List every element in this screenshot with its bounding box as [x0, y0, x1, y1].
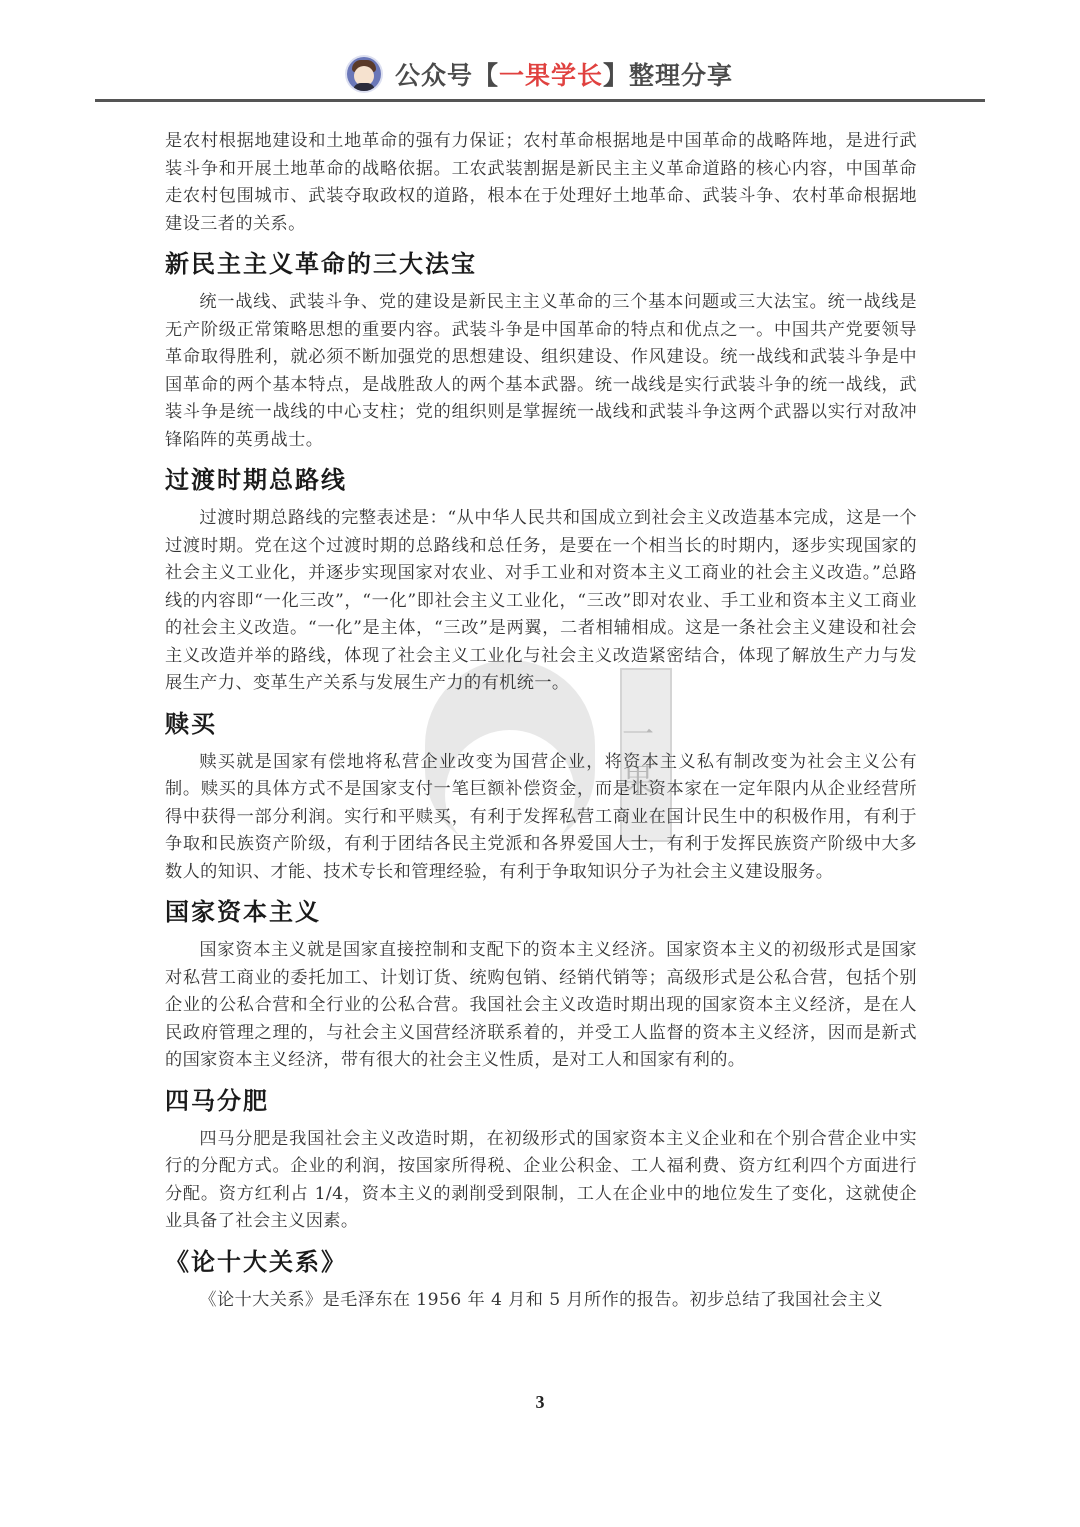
section-heading-redemption: 赎买: [165, 707, 917, 741]
section-heading-four-horse-split: 四马分肥: [165, 1084, 917, 1118]
page-header: 公众号【一果学长】整理分享: [0, 48, 1080, 100]
section-paragraph-three-magic-weapons: 统一战线、武装斗争、党的建设是新民主主义革命的三个基本问题或三大法宝。统一战线是…: [165, 289, 917, 454]
section-heading-state-capitalism: 国家资本主义: [165, 895, 917, 929]
section-paragraph-transition-general-line: 过渡时期总路线的完整表述是：“从中华人民共和国成立到社会主义改造基本完成，这是一…: [165, 505, 917, 698]
section-paragraph-four-horse-split: 四马分肥是我国社会主义改造时期，在初级形式的国家资本主义企业和在个别合营企业中实…: [165, 1126, 917, 1236]
section-paragraph-state-capitalism: 国家资本主义就是国家直接控制和支配下的资本主义经济。国家资本主义的初级形式是国家…: [165, 937, 917, 1075]
page-number: 3: [0, 1392, 1080, 1413]
document-body: 是农村根据地建设和土地革命的强有力保证；农村革命根据地是中国革命的战略阵地，是进…: [165, 128, 917, 1314]
header-brand: 一果学长: [499, 61, 603, 90]
section-heading-three-magic-weapons: 新民主主义革命的三大法宝: [165, 247, 917, 281]
header-divider: [95, 99, 985, 102]
section-paragraph-redemption: 赎买就是国家有偿地将私营企业改变为国营企业，将资本主义私有制改变为社会主义公有制…: [165, 749, 917, 887]
header-title: 公众号【一果学长】整理分享: [395, 56, 733, 92]
paragraph-continuation: 是农村根据地建设和土地革命的强有力保证；农村革命根据地是中国革命的战略阵地，是进…: [165, 128, 917, 238]
header-prefix: 公众号【: [395, 61, 499, 90]
avatar-icon: [347, 57, 381, 91]
section-paragraph-ten-relationships: 《论十大关系》是毛泽东在 1956 年 4 月和 5 月所作的报告。初步总结了我…: [165, 1287, 917, 1315]
section-heading-transition-general-line: 过渡时期总路线: [165, 463, 917, 497]
section-heading-ten-relationships: 《论十大关系》: [165, 1245, 917, 1279]
header-suffix: 】整理分享: [603, 61, 733, 90]
